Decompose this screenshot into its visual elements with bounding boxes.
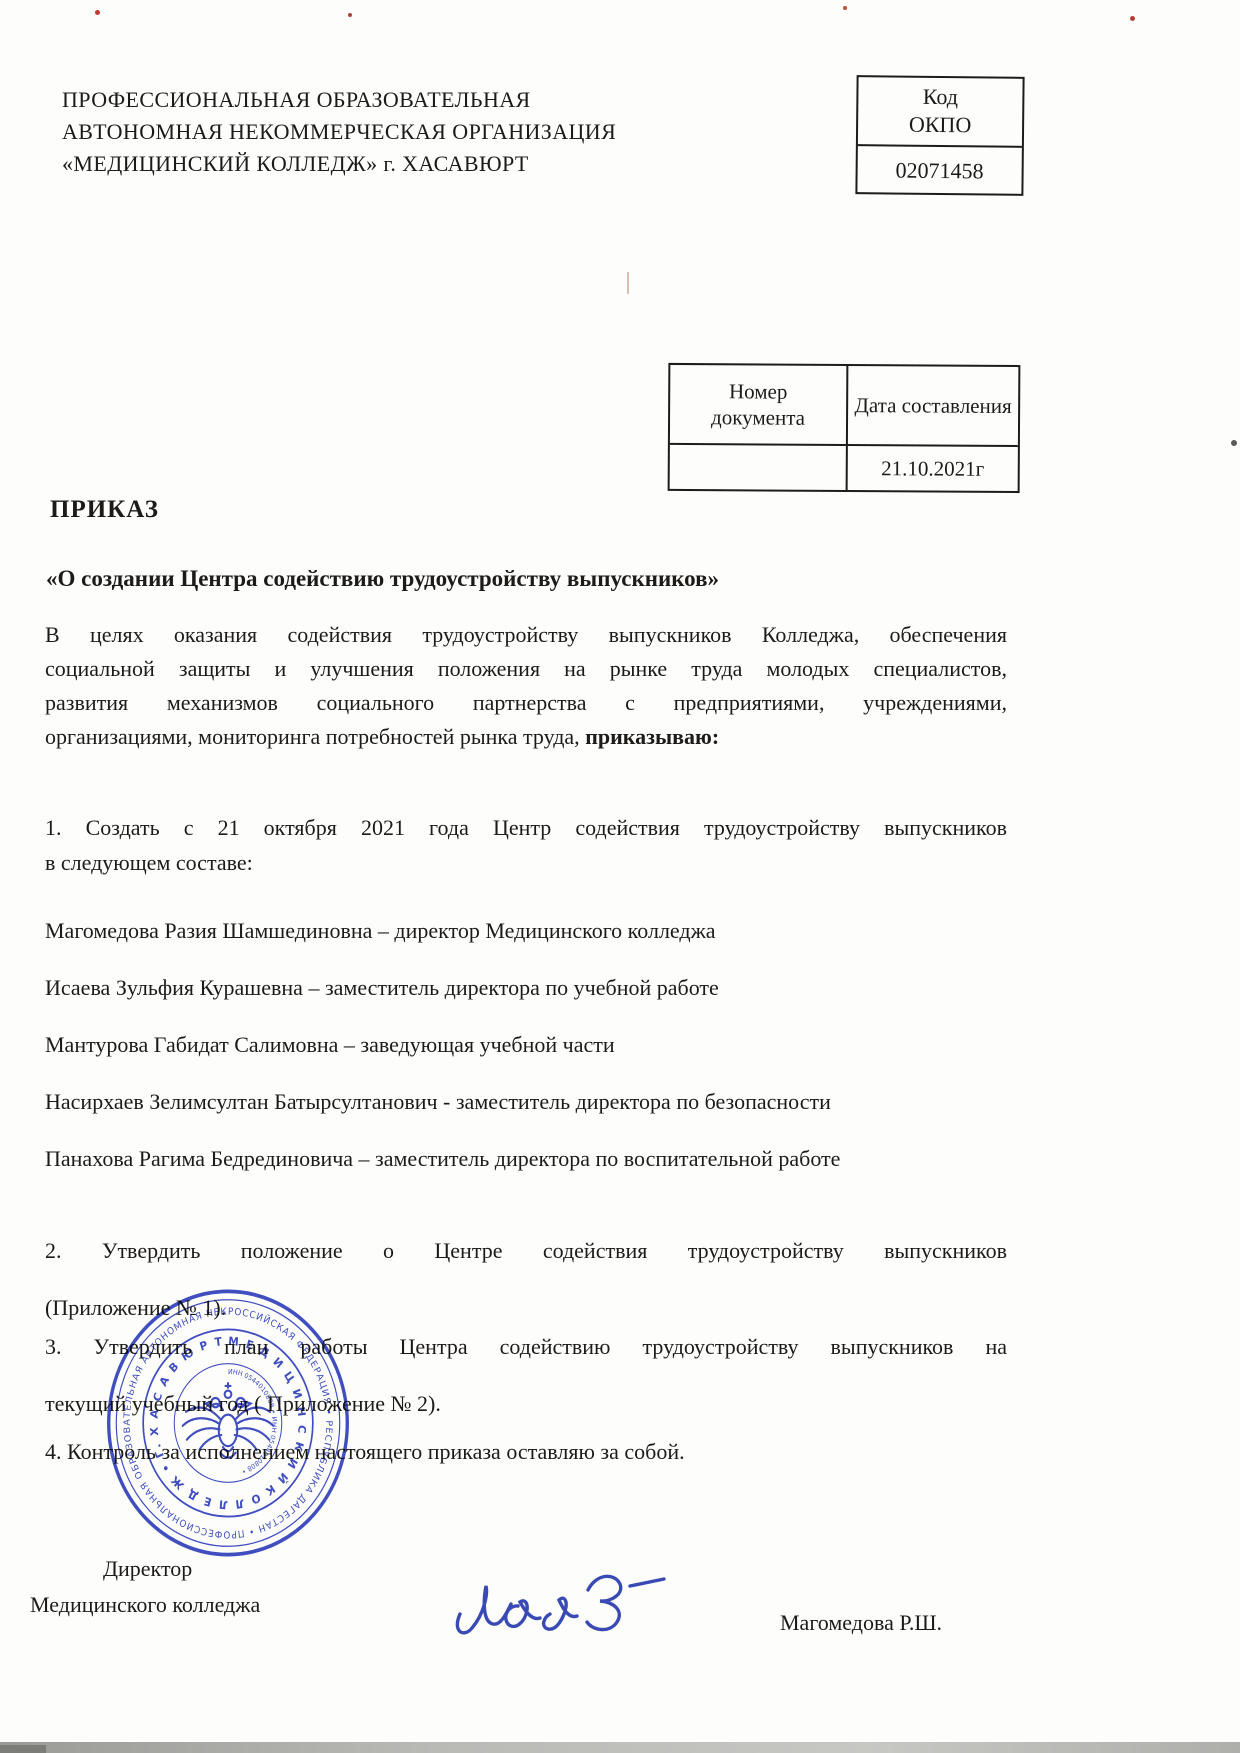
okpo-label-line: Код [858,82,1022,112]
order-item-1: 1. Создать с 21 октября 2021 года Центр … [45,810,1007,880]
member-row: Магомедова Разия Шамшединовна – директор… [45,902,1007,959]
preamble-tail: организациями, мониторинга потребностей … [45,724,585,749]
director-autograph [430,1544,680,1654]
seal-inner-text: М Е Д И Ц И Н С К И Й К О Л Л Е Д Ж • Г.… [148,1334,308,1511]
organization-name: ПРОФЕССИОНАЛЬНАЯ ОБРАЗОВАТЕЛЬНАЯ АВТОНОМ… [62,84,762,180]
center-members-list: Магомедова Разия Шамшединовна – директор… [45,902,1007,1187]
preamble-line: развития механизмов социального партнерс… [45,686,1007,720]
seal-outer-ring [109,1291,348,1554]
scan-artifact [1130,16,1135,21]
scan-edge [0,1742,1240,1753]
scan-artifact [843,6,847,10]
order-title: ПРИКАЗ [50,496,159,524]
meta-header-number: Номер документа [670,365,846,446]
scan-artifact [95,10,100,15]
preamble-line: организациями, мониторинга потребностей … [45,720,1007,754]
scan-artifact [348,13,352,17]
okpo-header-cell: Код ОКПО [858,77,1023,148]
item-line: в следующем составе: [45,845,1007,880]
member-row: Исаева Зульфия Курашевна – заместитель д… [45,959,1007,1016]
double-eagle-icon [183,1383,274,1458]
item-line: 1. Создать с 21 октября 2021 года Центр … [45,810,1007,845]
org-name-line: ПРОФЕССИОНАЛЬНАЯ ОБРАЗОВАТЕЛЬНАЯ [62,84,762,116]
signature-role-line: Директор [103,1556,192,1582]
preamble-keyword: приказываю: [585,724,719,749]
preamble-line: В целях оказания содействия трудоустройс… [45,618,1007,652]
svg-text:М Е Д И Ц И Н С К И Й К О Л: М Е Д И Ц И Н С К И Й К О Л Л Е Д Ж • Г.… [148,1334,308,1511]
scan-artifact [627,272,629,294]
org-name-line: АВТОНОМНАЯ НЕКОММЕРЧЕСКАЯ ОРГАНИЗАЦИЯ [62,116,762,148]
member-row: Насирхаев Зелимсултан Батырсултанович - … [45,1073,1007,1130]
document-meta-table: Номер документа Дата составления 21.10.2… [668,363,1021,493]
meta-value-number [670,445,846,490]
college-seal-stamp: РОССИЙСКАЯ ФЕДЕРАЦИЯ • РЕСПУБЛИКА ДАГЕСТ… [102,1284,354,1562]
item-line: 2. Утвердить положение о Центре содейств… [45,1222,1007,1279]
scan-artifact [1231,440,1237,446]
member-row: Мантурова Габидат Салимовна – заведующая… [45,1016,1007,1073]
order-subject: «О создании Центра содействию трудоустро… [46,566,1046,592]
document-page: ПРОФЕССИОНАЛЬНАЯ ОБРАЗОВАТЕЛЬНАЯ АВТОНОМ… [0,0,1240,1753]
preamble-line: социальной защиты и улучшения положения … [45,652,1007,686]
meta-header-date: Дата составления [846,366,1018,447]
okpo-label-line: ОКПО [858,110,1022,140]
scan-edge-corner [0,1745,46,1753]
signatory-name: Магомедова Р.Ш. [780,1610,942,1636]
meta-value-date: 21.10.2021г [846,446,1018,491]
member-row: Панахова Рагима Бедрединовича – заместит… [45,1130,1007,1187]
signature-role-line: Медицинского колледжа [30,1592,260,1618]
org-name-line: «МЕДИЦИНСКИЙ КОЛЛЕДЖ» г. ХАСАВЮРТ [62,148,762,180]
okpo-value-cell: 02071458 [857,146,1021,194]
order-preamble: В целях оказания содействия трудоустройс… [45,618,1007,754]
okpo-code-table: Код ОКПО 02071458 [855,75,1024,196]
